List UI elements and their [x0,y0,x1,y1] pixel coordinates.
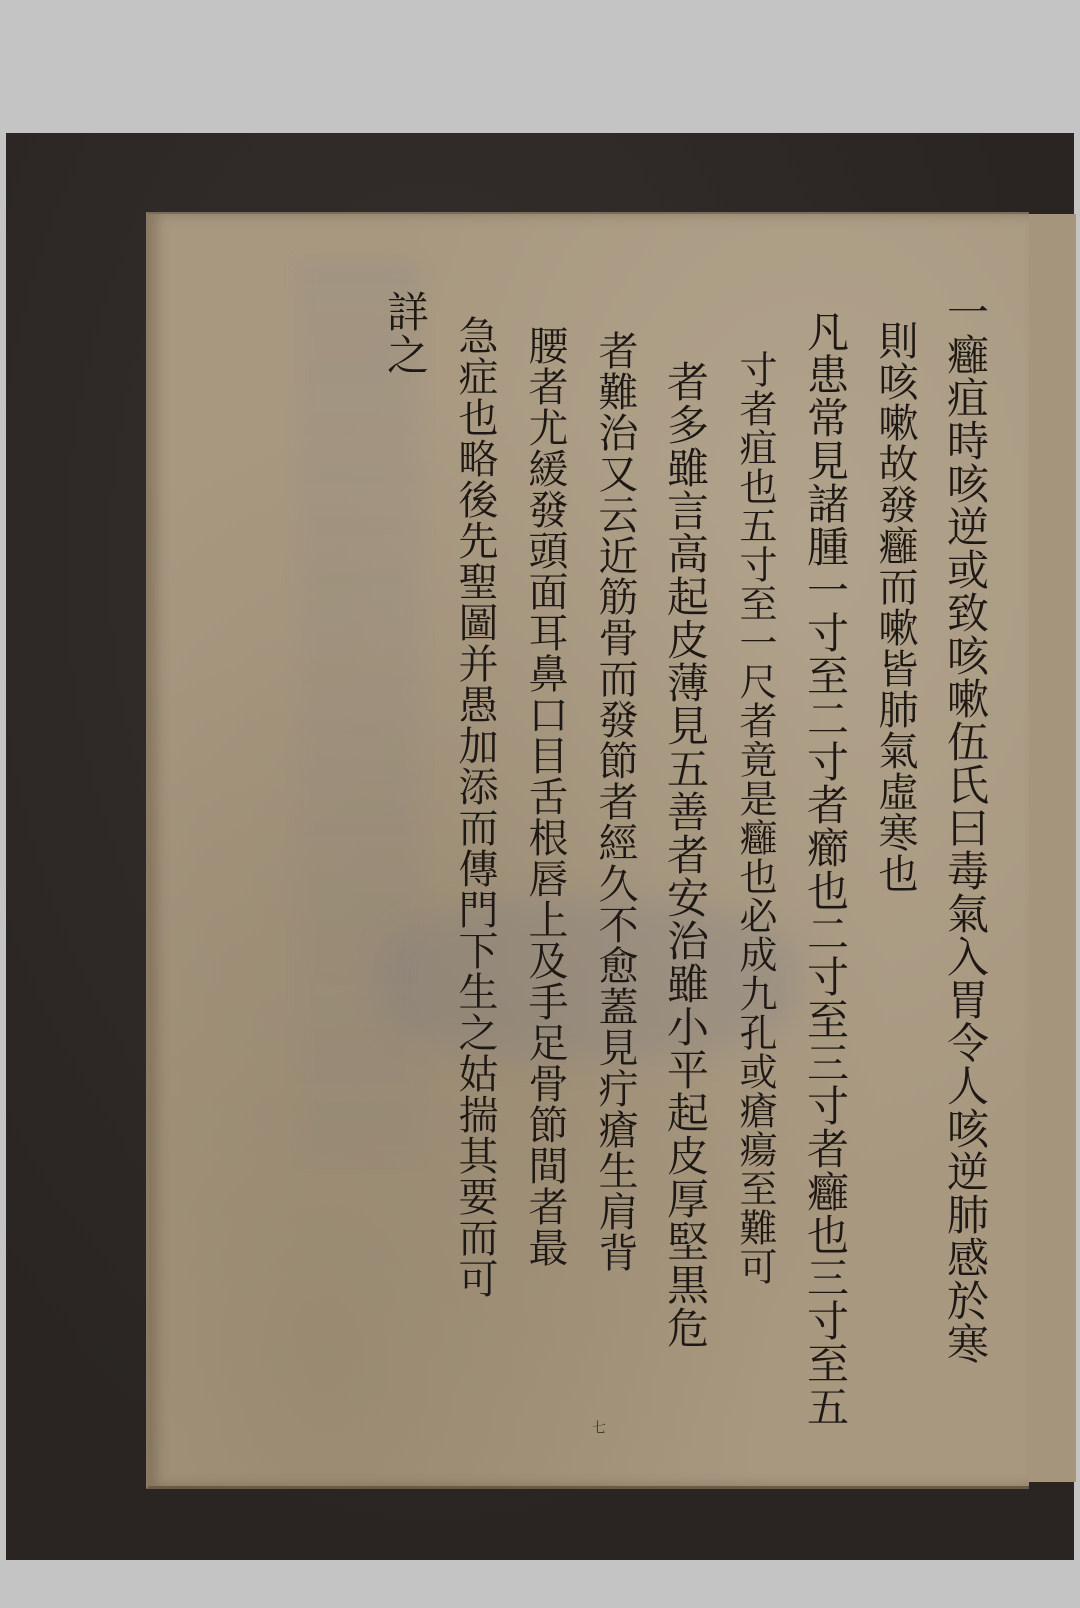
text-column-1: 一癰疽時咳逆或致咳嗽伍氏曰毒氣入胃令人咳逆肺感於寒 [930,290,1000,1470]
page-number-mark: 七 [588,1420,608,1434]
text-column-3: 凡患常見諸腫一寸至二寸者癤也二寸至三寸者癰也三寸至五 [790,310,860,1470]
manuscript-text: 一癰疽時咳逆或致咳嗽伍氏曰毒氣入胃令人咳逆肺感於寒 則咳嗽故發癰而嗽皆肺氣虛寒也… [440,290,1000,1470]
text-column-9: 詳之 [370,290,440,1470]
text-column-8: 急症也略後先聖圖并愚加添而傳門下生之姑揣其要而可 [440,315,510,1470]
facing-page-edge [1026,214,1076,1482]
text-column-4: 寸者疽也五寸至一尺者竟是癰也必成九孔或瘡瘍至難可 [720,350,790,1470]
text-column-7: 腰者尤緩發頭面耳鼻口目舌根唇上及手足骨節間者最 [510,325,580,1470]
text-column-6: 者難治又云近筋骨而發節者經久不愈蓋見疔瘡生肩背 [580,330,650,1470]
text-column-2: 則咳嗽故發癰而嗽皆肺氣虛寒也 [860,320,930,1470]
text-column-5: 者多雖言高起皮薄見五善者安治雖小平起皮厚堅黒危 [650,360,720,1470]
